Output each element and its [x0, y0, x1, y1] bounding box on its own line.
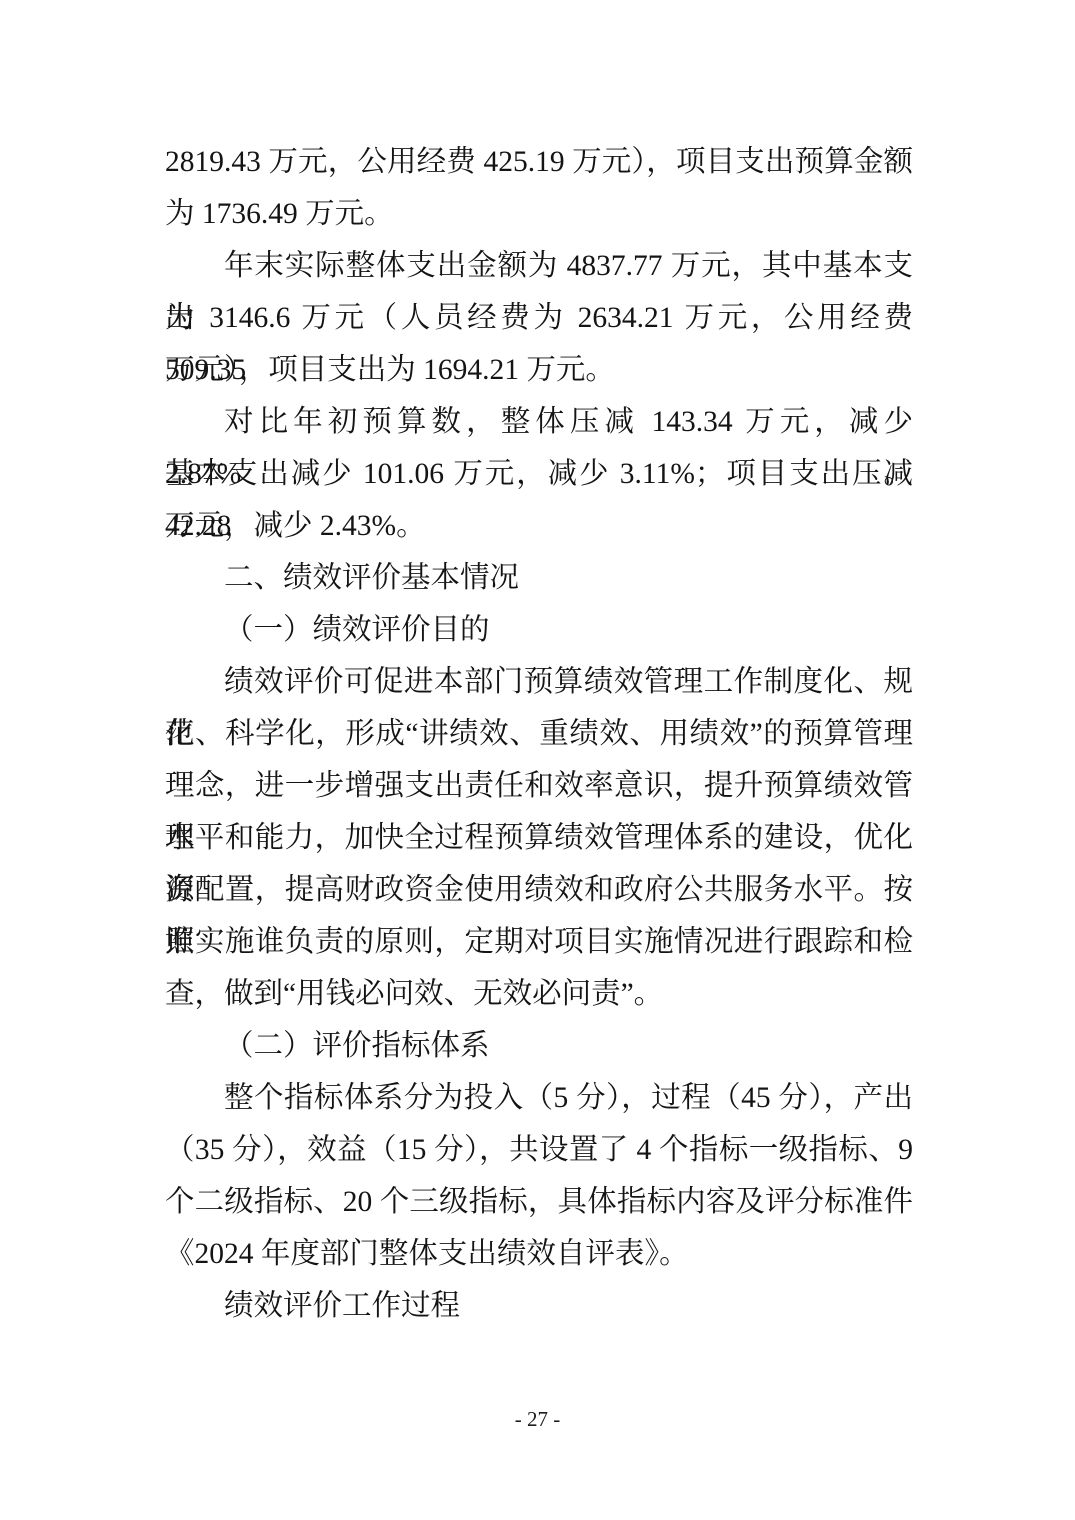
- text-line: 整个指标体系分为投入（5 分），过程（45 分），产出: [165, 1072, 913, 1124]
- text-line: 绩效评价可促进本部门预算绩效管理工作制度化、规范: [165, 656, 913, 708]
- document-body: 2819.43 万元，公用经费 425.19 万元），项目支出预算金额为 173…: [165, 136, 913, 1332]
- text-line: 《2024 年度部门整体支出绩效自评表》。: [165, 1228, 913, 1280]
- text-line: 查，做到“用钱必问效、无效必问责”。: [165, 968, 913, 1020]
- text-line: 水平和能力，加快全过程预算绩效管理体系的建设，优化资: [165, 812, 913, 864]
- document-page: 2819.43 万元，公用经费 425.19 万元），项目支出预算金额为 173…: [0, 0, 1075, 1520]
- text-line: 绩效评价工作过程: [165, 1280, 913, 1332]
- text-line: 万元，减少 2.43%。: [165, 500, 913, 552]
- page-footer: - 27 -: [0, 1404, 1075, 1434]
- text-line: （35 分），效益（15 分），共设置了 4 个指标一级指标、9: [165, 1124, 913, 1176]
- text-line: 万元），项目支出为 1694.21 万元。: [165, 344, 913, 396]
- page-number: - 27 -: [515, 1407, 561, 1431]
- text-line: 对比年初预算数，整体压减 143.34 万元，减少 2.87%。: [165, 396, 913, 448]
- text-line: 为 1736.49 万元。: [165, 188, 913, 240]
- text-line: 2819.43 万元，公用经费 425.19 万元），项目支出预算金额: [165, 136, 913, 188]
- text-line: （一）绩效评价目的: [165, 604, 913, 656]
- text-line: 理念，进一步增强支出责任和效率意识，提升预算绩效管理: [165, 760, 913, 812]
- text-line: 谁实施谁负责的原则，定期对项目实施情况进行跟踪和检: [165, 916, 913, 968]
- text-line: 个二级指标、20 个三级指标，具体指标内容及评分标准件: [165, 1176, 913, 1228]
- text-line: 二、绩效评价基本情况: [165, 552, 913, 604]
- text-line: 化、科学化，形成“讲绩效、重绩效、用绩效”的预算管理: [165, 708, 913, 760]
- text-line: （二）评价指标体系: [165, 1020, 913, 1072]
- text-line: 为 3146.6 万元（人员经费为 2634.21 万元，公用经费 509.35: [165, 292, 913, 344]
- text-line: 年末实际整体支出金额为 4837.77 万元，其中基本支出: [165, 240, 913, 292]
- text-line: 源配置，提高财政资金使用绩效和政府公共服务水平。按照: [165, 864, 913, 916]
- text-line: 基本支出减少 101.06 万元，减少 3.11%；项目支出压减 42.28: [165, 448, 913, 500]
